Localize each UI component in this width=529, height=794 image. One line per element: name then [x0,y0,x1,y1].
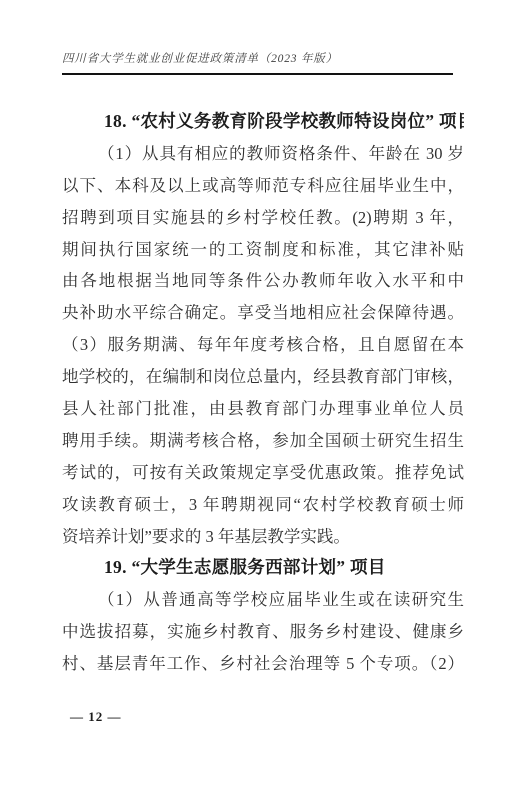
body-text-line: 由各地根据当地同等条件公办教师年收入水平和中 [62,265,464,297]
body-text-line: （1）从具有相应的教师资格条件、年龄在 30 岁 [62,138,464,170]
page-footer: — 12 — [70,708,122,726]
section-heading: 19. “大学生志愿服务西部计划” 项目 [62,552,464,584]
body-text-line: 期间执行国家统一的工资制度和标准，其它津补贴 [62,234,464,266]
body-text-line: 地学校的，在编制和岗位总量内，经县教育部门审核， [62,361,464,393]
running-header-title: 四川省大学生就业创业促进政策清单（2023 年版） [62,50,453,66]
body-text-line: 村、基层青年工作、乡村社会治理等 5 个专项。（2） [62,648,464,680]
page-number: — 12 — [70,709,122,724]
body-text-line: 攻读教育硕士，3 年聘期视同“农村学校教育硕士师 [62,489,464,521]
body-text-line: 考试的，可按有关政策规定享受优惠政策。推荐免试 [62,457,464,489]
body-text-line: 以下、本科及以上或高等师范专科应往届毕业生中， [62,170,464,202]
page-header: 四川省大学生就业创业促进政策清单（2023 年版） [62,50,453,75]
body-text-line: 招聘到项目实施县的乡村学校任教。(2)聘期 3 年， [62,202,464,234]
body-text-line: 聘用手续。期满考核合格，参加全国硕士研究生招生 [62,425,464,457]
body-text-line: （3）服务期满、每年年度考核合格，且自愿留在本 [62,329,464,361]
body-text-line: 资培养计划”要求的 3 年基层教学实践。 [62,521,464,553]
body-text-line: 央补助水平综合确定。享受当地相应社会保障待遇。 [62,297,464,329]
document-body: 18. “农村义务教育阶段学校教师特设岗位” 项目（1）从具有相应的教师资格条件… [62,106,464,680]
body-text-line: （1）从普通高等学校应届毕业生或在读研究生 [62,584,464,616]
body-text-line: 县人社部门批准，由县教育部门办理事业单位人员 [62,393,464,425]
body-text-line: 中选拔招募，实施乡村教育、服务乡村建设、健康乡 [62,616,464,648]
section-heading: 18. “农村义务教育阶段学校教师特设岗位” 项目 [62,106,464,138]
document-page: 四川省大学生就业创业促进政策清单（2023 年版） 18. “农村义务教育阶段学… [0,0,529,794]
